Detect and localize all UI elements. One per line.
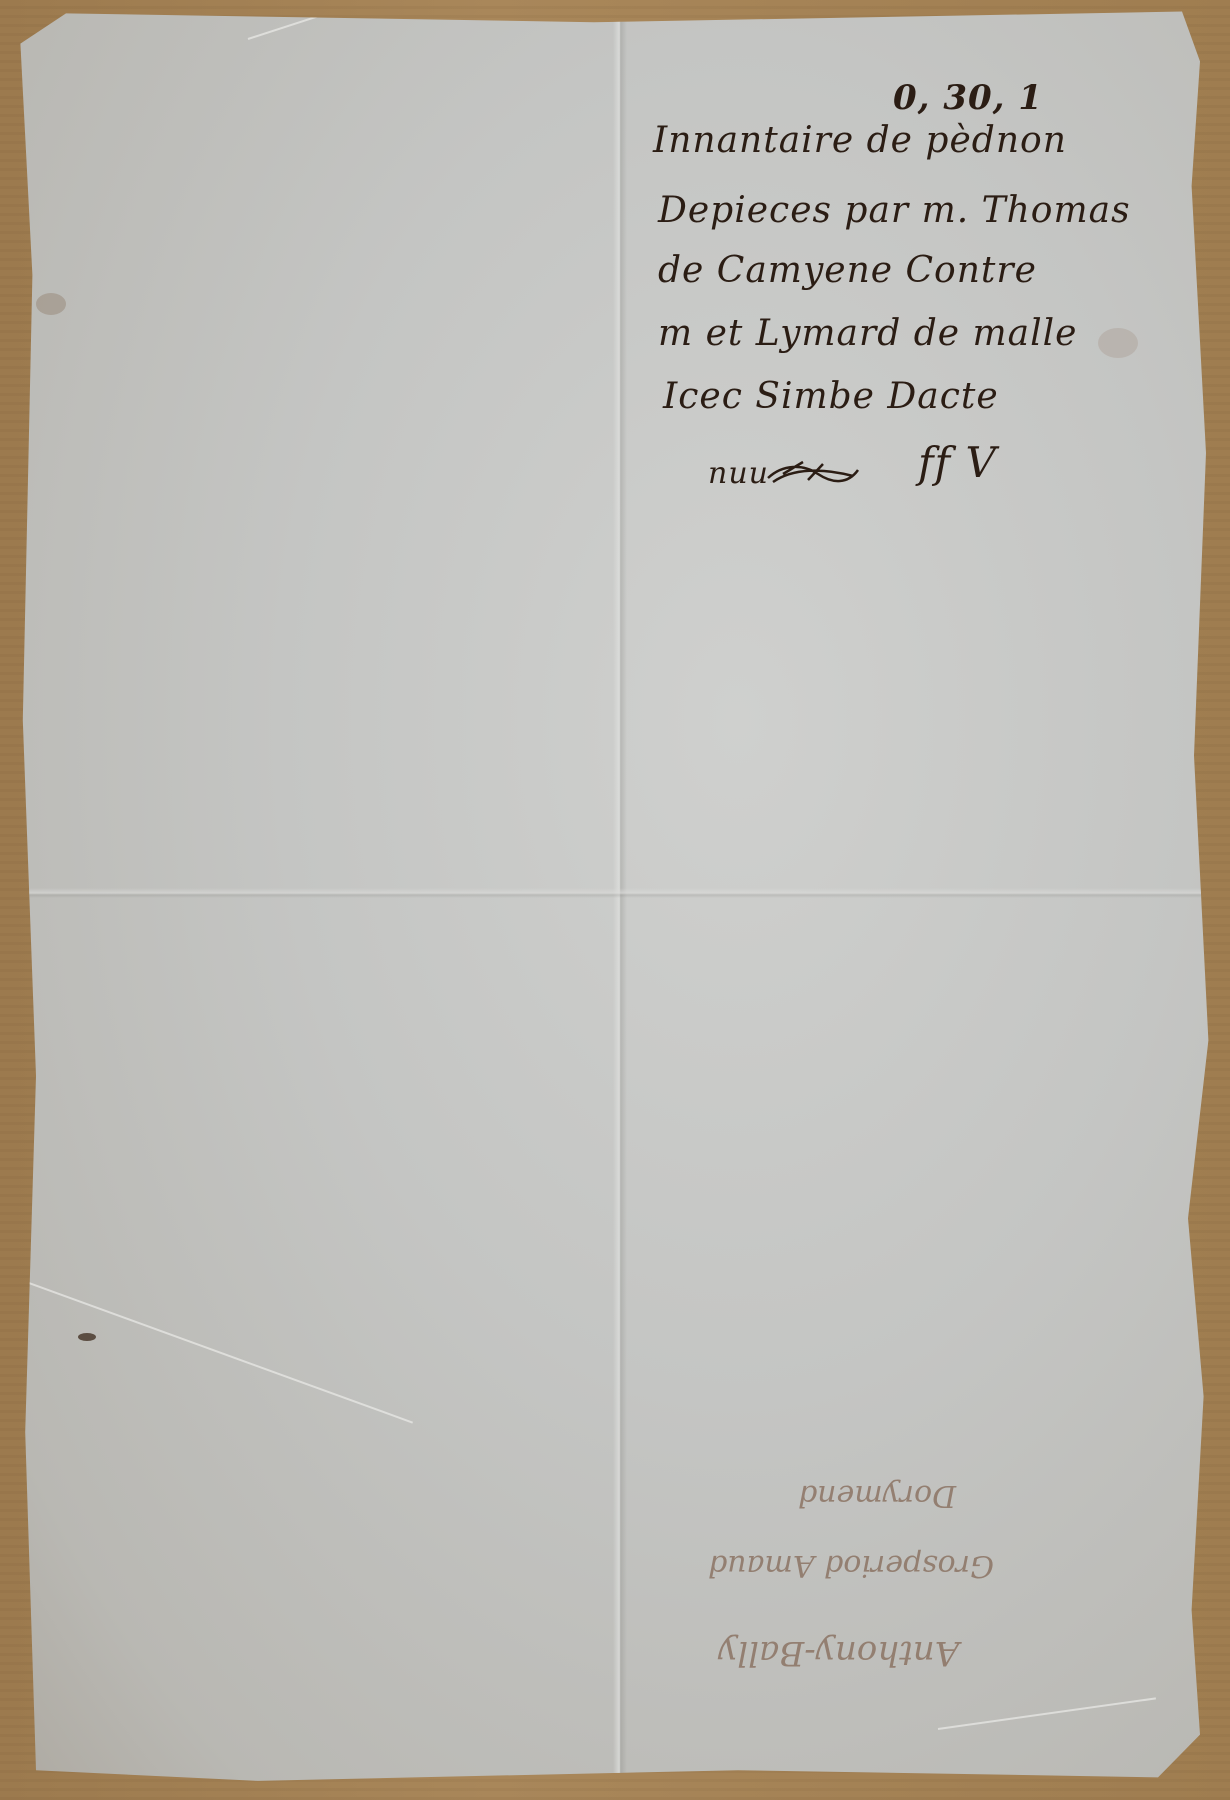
title-line-3: de Camyene Contre [658, 250, 1037, 291]
ink-blot [78, 1333, 96, 1341]
ink-stain [36, 293, 66, 315]
title-line-1: Innantaire de pèdnon [653, 120, 1067, 161]
struck-flourish [763, 456, 863, 498]
inverted-line-3: Anthony-Bally [718, 1633, 959, 1673]
water-stain [1098, 328, 1138, 358]
reference-number: 0, 30, 1 [893, 78, 1043, 118]
scribble-icon [763, 456, 863, 490]
annotation-word: nuu [708, 456, 769, 491]
horizontal-fold [18, 888, 1218, 898]
vertical-fold [613, 8, 627, 1788]
inverted-line-1: Dorymend [798, 1478, 956, 1513]
title-line-5: Icec Simbe Dacte [663, 376, 999, 417]
title-line-2: Depieces par m. Thomas [658, 190, 1131, 231]
crease [18, 1278, 413, 1424]
initials: ff V [918, 438, 997, 487]
title-line-4: m et Lymard de malle [658, 313, 1077, 354]
inverted-line-2: Grosperiod Amaud [708, 1548, 994, 1583]
manuscript-sheet: 0, 30, 1 Innantaire de pèdnon Depieces p… [18, 8, 1218, 1788]
crease [938, 1697, 1156, 1730]
